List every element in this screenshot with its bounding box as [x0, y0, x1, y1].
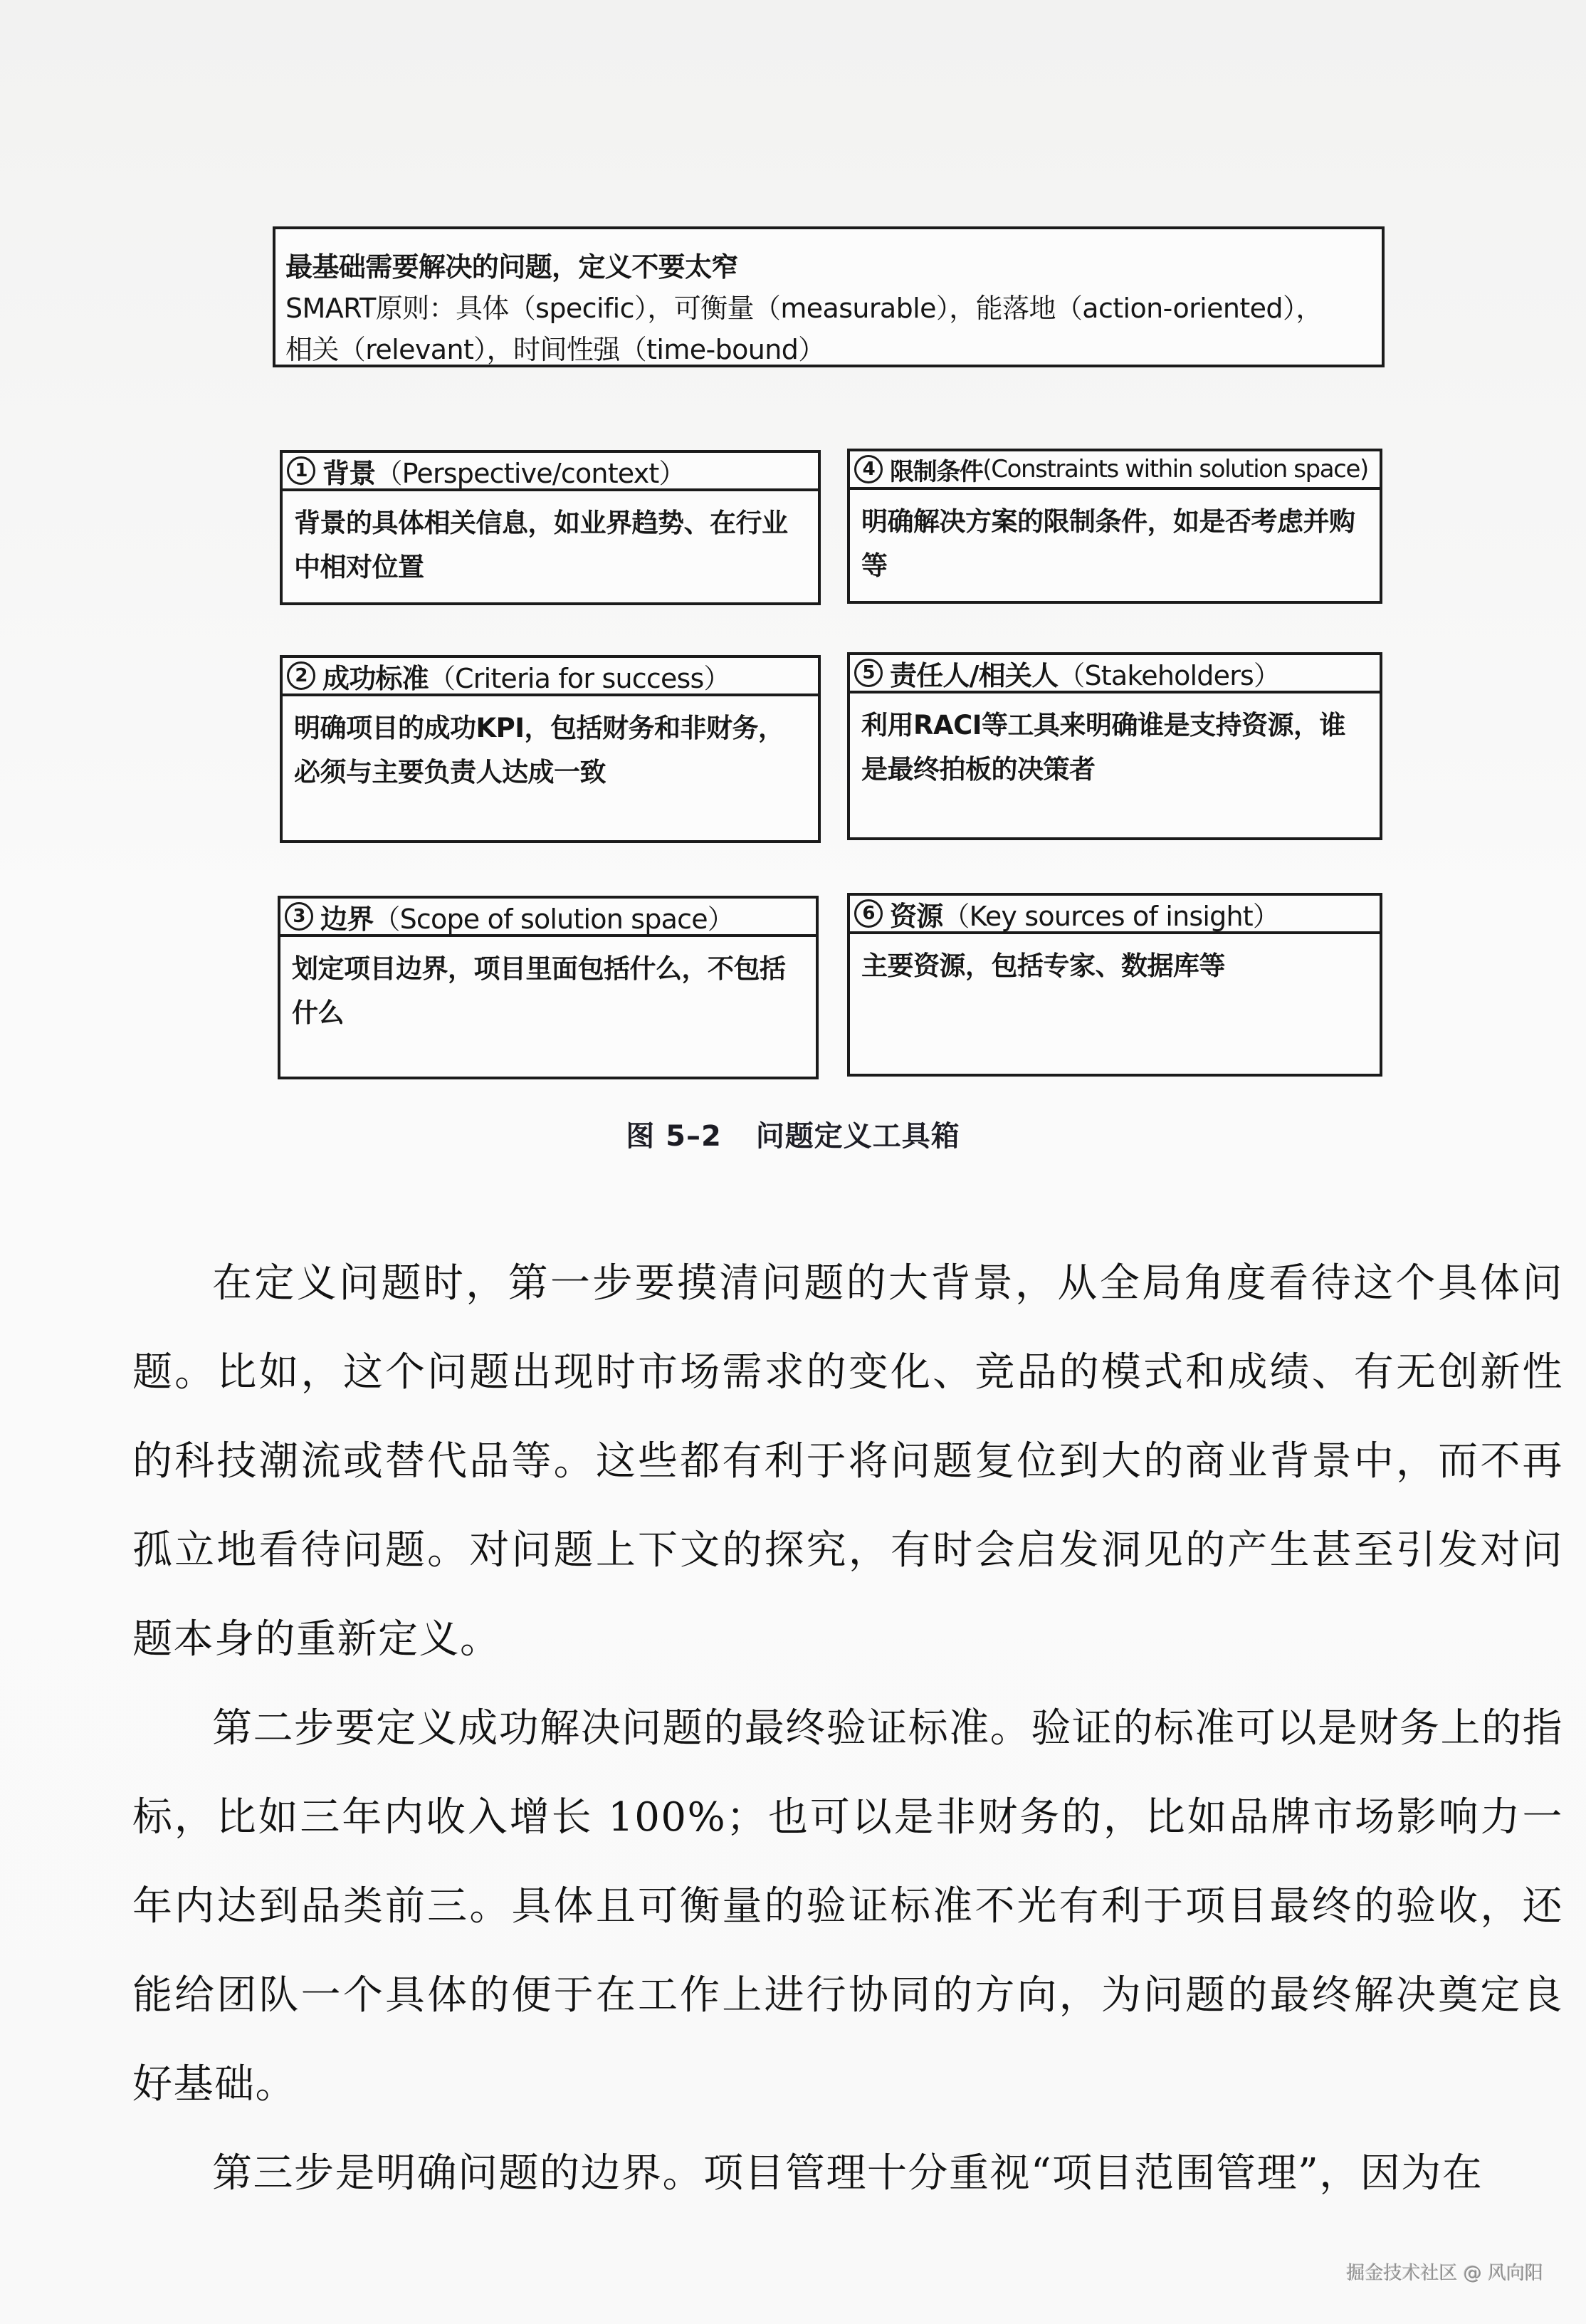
intro-smart-line: SMART原则：具体（specific），可衡量（measurable），能落地… [285, 288, 1372, 329]
card-title-en: （Stakeholders） [1058, 655, 1280, 693]
card-title: 成功标准 [322, 658, 429, 696]
card-header: 6 资源 （Key sources of insight） [850, 896, 1380, 934]
card-title: 边界 [320, 899, 373, 936]
card-header: 3 边界 （Scope of solution space） [280, 899, 816, 937]
intro-heading: 最基础需要解决的问题，定义不要太窄 [285, 246, 1372, 288]
card-body: 背景的具体相关信息，如业界趋势、在行业中相对位置 [283, 491, 818, 590]
body-text: 在定义问题时，第一步要摸清问题的大背景，从全局角度看待这个具体问题。比如，这个问… [132, 1239, 1563, 2218]
card-header: 4 限制条件 (Constraints within solution spac… [850, 451, 1380, 490]
card-stakeholders: 5 责任人/相关人 （Stakeholders） 利用RACI等工具来明确谁是支… [847, 652, 1382, 840]
circled-number-icon: 3 [285, 902, 313, 931]
card-body: 明确解决方案的限制条件，如是否考虑并购等 [850, 490, 1380, 588]
figure-title: 问题定义工具箱 [756, 1120, 960, 1153]
card-perspective: 1 背景 （Perspective/context） 背景的具体相关信息，如业界… [280, 450, 821, 605]
card-body: 主要资源，包括专家、数据库等 [850, 934, 1380, 988]
circled-number-icon: 1 [287, 456, 315, 485]
figure-problem-definition-toolbox: 最基础需要解决的问题，定义不要太窄 SMART原则：具体（specific），可… [0, 0, 1586, 1168]
paragraph-step-2: 第二步要定义成功解决问题的最终验证标准。验证的标准可以是财务上的指标，比如三年内… [132, 1684, 1563, 2129]
circled-number-icon: 4 [854, 455, 883, 483]
card-title-en: （Key sources of insight） [942, 896, 1279, 933]
card-title: 责任人/相关人 [890, 655, 1058, 693]
card-title: 限制条件 [890, 452, 982, 487]
card-title-en: （Criteria for success） [429, 658, 730, 696]
card-header: 5 责任人/相关人 （Stakeholders） [850, 655, 1380, 693]
card-criteria: 2 成功标准 （Criteria for success） 明确项目的成功KPI… [280, 655, 821, 843]
card-title-en: （Scope of solution space） [373, 899, 734, 936]
card-body: 划定项目边界，项目里面包括什么，不包括什么 [280, 937, 816, 1035]
card-constraints: 4 限制条件 (Constraints within solution spac… [847, 449, 1382, 604]
card-header: 1 背景 （Perspective/context） [283, 453, 818, 491]
paragraph-step-3: 第三步是明确问题的边界。项目管理十分重视“项目范围管理”，因为在 [132, 2129, 1585, 2218]
circled-number-icon: 2 [287, 661, 315, 690]
intro-box: 最基础需要解决的问题，定义不要太窄 SMART原则：具体（specific），可… [273, 226, 1385, 367]
watermark: 掘金技术社区 @ 风向阳 [1346, 2258, 1543, 2285]
figure-number: 图 5–2 [626, 1120, 722, 1153]
circled-number-icon: 6 [854, 899, 883, 928]
card-title: 资源 [890, 896, 942, 933]
circled-number-icon: 5 [854, 659, 883, 687]
card-header: 2 成功标准 （Criteria for success） [283, 658, 818, 696]
card-key-sources: 6 资源 （Key sources of insight） 主要资源，包括专家、… [847, 893, 1382, 1077]
card-body: 明确项目的成功KPI，包括财务和非财务，必须与主要负责人达成一致 [283, 696, 818, 795]
card-title-en: (Constraints within solution space) [982, 455, 1367, 483]
intro-smart-line-2: 相关（relevant），时间性强（time-bound） [285, 329, 1372, 370]
paragraph-step-1: 在定义问题时，第一步要摸清问题的大背景，从全局角度看待这个具体问题。比如，这个问… [132, 1239, 1563, 1684]
card-scope: 3 边界 （Scope of solution space） 划定项目边界，项目… [278, 896, 819, 1079]
figure-caption: 图 5–2问题定义工具箱 [0, 1114, 1586, 1154]
card-body: 利用RACI等工具来明确谁是支持资源，谁是最终拍板的决策者 [850, 693, 1380, 792]
card-title-en: （Perspective/context） [375, 453, 685, 491]
card-title: 背景 [322, 453, 375, 491]
